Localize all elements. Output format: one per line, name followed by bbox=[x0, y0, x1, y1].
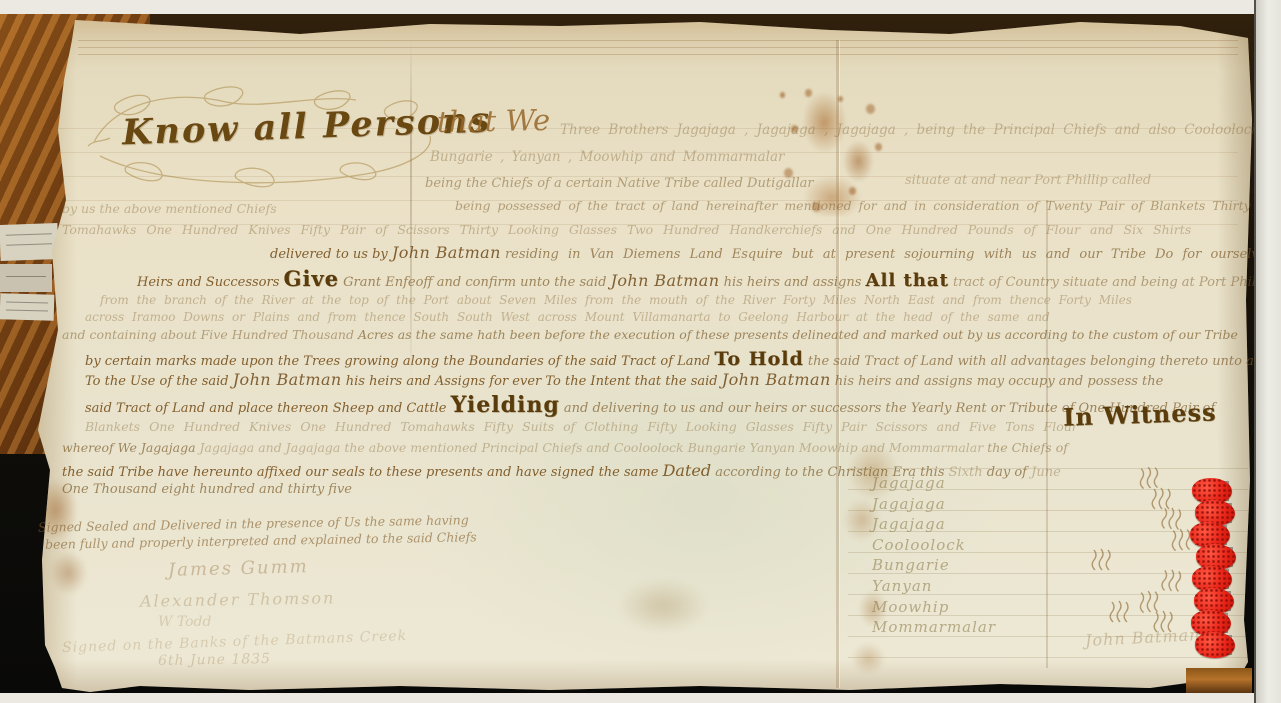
deed-line-acreage: and containing about Five Hundred Thousa… bbox=[62, 327, 1238, 342]
deed-line-goods: Tomahawks One Hundred Knives Fifty Pair … bbox=[62, 222, 1191, 237]
deed-line-boundary-2: across Iramoo Downs or Plains and from t… bbox=[85, 310, 1050, 324]
signatory-name: Bungarie bbox=[872, 556, 950, 574]
signatory-name: Mommarmalar bbox=[872, 618, 996, 636]
deed-line-tribe: being the Chiefs of a certain Native Tri… bbox=[425, 176, 814, 191]
deed-line-situate: situate at and near Port Phillip called bbox=[905, 173, 1151, 188]
witness-signature-todd: W Todd bbox=[158, 614, 211, 630]
photo-mount-edge bbox=[1254, 0, 1281, 703]
deed-line-grant: Heirs and Successors Give Grant Enfeoff … bbox=[137, 266, 1273, 291]
signatory-name: Jagajaga bbox=[872, 515, 946, 533]
signatory-name: Cooloolock bbox=[872, 536, 966, 554]
signatory-name: Yanyan bbox=[872, 577, 932, 595]
deed-line-marks-trees: by certain marks made upon the Trees gro… bbox=[85, 348, 1271, 370]
wax-seal bbox=[1195, 632, 1237, 660]
deed-line-whereof: whereof We Jagajaga Jagajaga and Jagajag… bbox=[62, 440, 1068, 455]
witness-signature-thomson: Alexander Thomson bbox=[140, 588, 336, 610]
deed-word-in-witness: In Witness bbox=[1063, 397, 1217, 431]
chief-mark-icon bbox=[1090, 548, 1116, 576]
deed-line-rent-goods: Blankets One Hundred Knives One Hundred … bbox=[85, 419, 1078, 434]
deed-line-use: To the Use of the said John Batman his h… bbox=[85, 370, 1163, 389]
signatory-name: Jagajaga bbox=[872, 474, 946, 492]
deed-line-delivered: delivered to us by John Batman residing … bbox=[270, 243, 1281, 262]
red-wax bbox=[1195, 632, 1235, 658]
signing-date-line: 6th June 1835 bbox=[158, 651, 271, 669]
signatory-name: Moowhip bbox=[872, 598, 949, 616]
batman-signature: John Batman bbox=[1085, 625, 1201, 650]
deed-line-consideration: being possessed of the tract of land her… bbox=[455, 198, 1251, 213]
signatory-name: Jagajaga bbox=[872, 495, 946, 513]
deed-text-layer: Know all Persons that We Three Brothers … bbox=[0, 0, 1281, 703]
deed-line-chiefs-names: Three Brothers Jagajaga , Jagajaga , Jag… bbox=[560, 122, 1260, 138]
chief-mark-icon bbox=[1108, 600, 1134, 628]
photograph-of-batman-deed: Know all Persons that We Three Brothers … bbox=[0, 0, 1281, 703]
witness-signature-gumm: James Gumm bbox=[168, 556, 309, 581]
deed-line-chiefs-names-2: Bungarie , Yanyan , Moowhip and Mommarma… bbox=[430, 149, 784, 165]
deed-line-yielding: said Tract of Land and place thereon She… bbox=[85, 392, 1215, 418]
deed-line-boundary-1: from the branch of the River at the top … bbox=[100, 293, 1132, 307]
wood-sliver bbox=[1186, 668, 1252, 693]
deed-line-year: One Thousand eight hundred and thirty fi… bbox=[62, 482, 352, 497]
deed-salutation: that We bbox=[437, 103, 551, 139]
deed-line-called-by-us: by us the above mentioned Chiefs bbox=[62, 201, 277, 216]
